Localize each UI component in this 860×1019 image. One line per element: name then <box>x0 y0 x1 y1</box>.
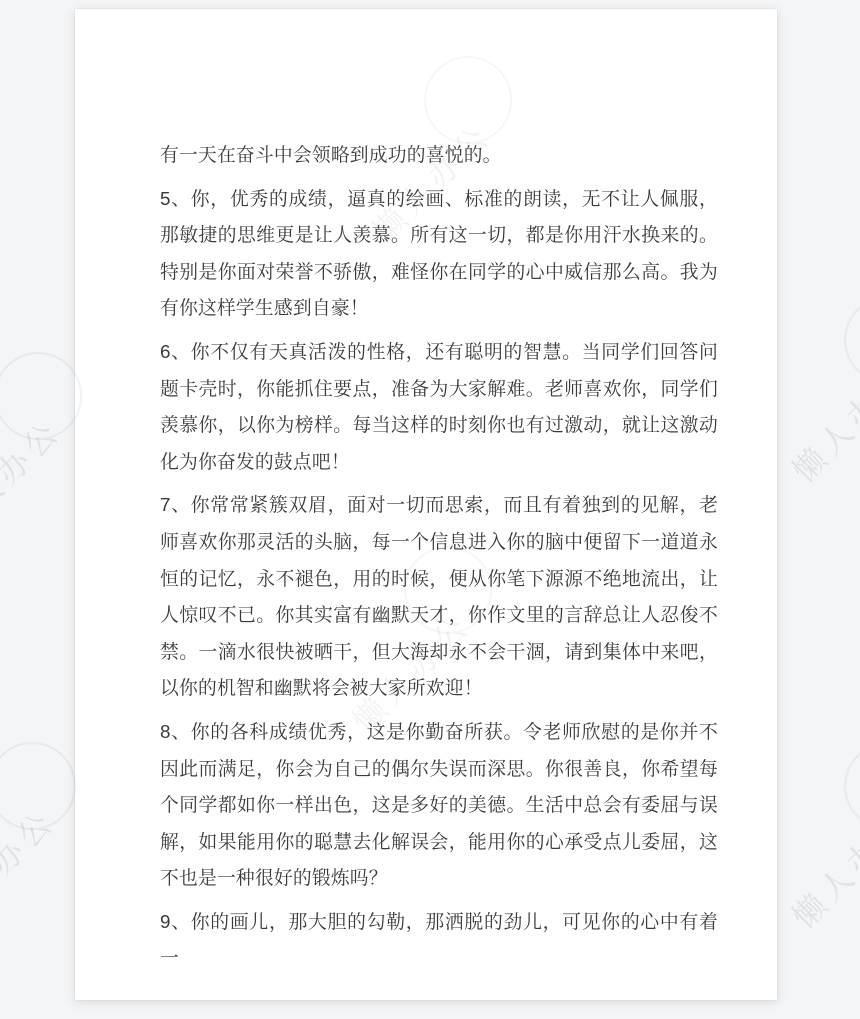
paragraph-9: 9、你的画儿，那大胆的勾勒，那洒脱的劲儿，可见你的心中有着一 <box>160 904 718 977</box>
watermark-text: 懒人办公 <box>0 802 63 935</box>
paragraph-6: 6、你不仅有天真活泼的性格，还有聪明的智慧。当同学们回答问题卡壳时，你能抓住要点… <box>160 334 718 480</box>
watermark-text: 懒人办公 <box>0 412 69 545</box>
page-text: 有一天在奋斗中会领略到成功的喜悦的。 5、你，优秀的成绩，逼真的绘画、标准的朗读… <box>160 137 718 977</box>
paragraph-5: 5、你，优秀的成绩，逼真的绘画、标准的朗读，无不让人佩服，那敏捷的思维更是让人羡… <box>160 181 718 327</box>
watermark: 懒人办公 <box>0 395 83 548</box>
watermark: 懒人办公 <box>0 785 77 938</box>
watermark-circle-icon <box>826 278 860 402</box>
paragraph-8: 8、你的各科成绩优秀，这是你勤奋所获。令老师欣慰的是你并不因此而满足，你会为自己… <box>160 714 718 897</box>
watermark: 懒人办公 <box>781 785 860 938</box>
paragraph-continuation: 有一天在奋斗中会领略到成功的喜悦的。 <box>160 137 718 174</box>
watermark-text: 懒人办公 <box>786 356 860 489</box>
paragraph-7: 7、你常常紧簇双眉，面对一切而思索，而且有着独到的见解，老师喜欢你那灵活的头脑，… <box>160 487 718 707</box>
watermark-circle-icon <box>826 724 860 848</box>
watermark: 懒人办公 <box>781 339 860 492</box>
watermark-text: 懒人办公 <box>786 802 860 935</box>
document-page[interactable]: 有一天在奋斗中会领略到成功的喜悦的。 5、你，优秀的成绩，逼真的绘画、标准的朗读… <box>75 9 777 1000</box>
